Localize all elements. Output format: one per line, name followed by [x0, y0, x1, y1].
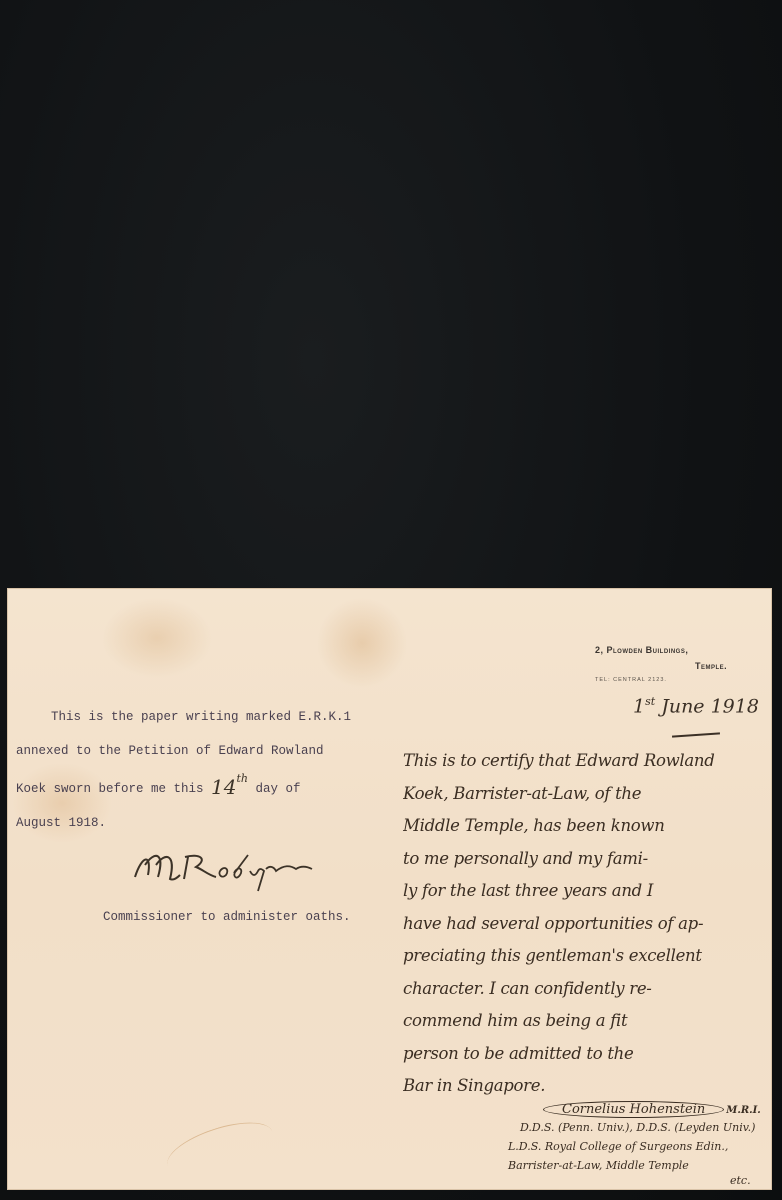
letter-line: have had several opportunities of ap-	[403, 908, 775, 941]
exhibit-line-4: August 1918.	[16, 806, 396, 840]
letter-line: Koek, Barrister-at-Law, of the	[403, 778, 775, 811]
credential-line: L.D.S. Royal College of Surgeons Edin.,	[508, 1137, 778, 1156]
credential-line: etc.	[730, 1175, 778, 1187]
affidavit-exhibit-stamp: This is the paper writing marked E.R.K.1…	[16, 700, 396, 840]
letter-line: to me personally and my fami-	[403, 843, 775, 876]
signatory-suffix: M.R.I.	[726, 1105, 761, 1116]
exhibit-line-1: This is the paper writing marked E.R.K.1	[16, 700, 396, 734]
letter-line: ly for the last three years and I	[403, 875, 775, 908]
credential-line: D.D.S. (Penn. Univ.), D.D.S. (Leyden Uni…	[520, 1118, 778, 1137]
letterhead: 2, Plowden Buildings, Temple. TEL: CENTR…	[595, 645, 765, 683]
signature-row: Cornelius HohensteinM.R.I.	[508, 1098, 778, 1118]
letterhead-address-line2: Temple.	[695, 661, 765, 671]
commissioner-caption: Commissioner to administer oaths.	[103, 910, 351, 924]
letterhead-address-line1: 2, Plowden Buildings,	[595, 645, 765, 655]
exhibit-line-3: Koek sworn before me this 14th day of	[16, 768, 396, 806]
letter-line: Middle Temple, has been known	[403, 810, 775, 843]
credential-line: Barrister-at-Law, Middle Temple	[508, 1156, 778, 1175]
letter-line: This is to certify that Edward Rowland	[403, 745, 775, 778]
letter-signature-block: Cornelius HohensteinM.R.I. D.D.S. (Penn.…	[508, 1098, 778, 1187]
letter-date-month-year: June 1918	[661, 695, 759, 717]
letter-date: 1st June 1918	[633, 695, 759, 717]
exhibit-line-2: annexed to the Petition of Edward Rowlan…	[16, 734, 396, 768]
handwritten-certificate-body: This is to certify that Edward Rowland K…	[403, 745, 775, 1103]
letter-line: preciating this gentleman's excellent	[403, 940, 775, 973]
letter-date-suffix: st	[645, 695, 655, 708]
handwritten-day: 14	[211, 775, 236, 799]
letterhead-telephone: TEL: CENTRAL 2123.	[595, 677, 765, 683]
letter-date-day: 1	[633, 695, 645, 717]
signatory-name: Cornelius Hohenstein	[543, 1101, 724, 1118]
letter-line: commend him as being a fit	[403, 1005, 775, 1038]
handwritten-day-suffix: th	[237, 772, 249, 785]
letter-line: person to be admitted to the	[403, 1038, 775, 1071]
exhibit-line-3-prefix: Koek sworn before me this	[16, 782, 204, 796]
letter-line: character. I can confidently re-	[403, 973, 775, 1006]
exhibit-line-3-suffix: day of	[256, 782, 301, 796]
commissioner-signature	[130, 845, 320, 895]
